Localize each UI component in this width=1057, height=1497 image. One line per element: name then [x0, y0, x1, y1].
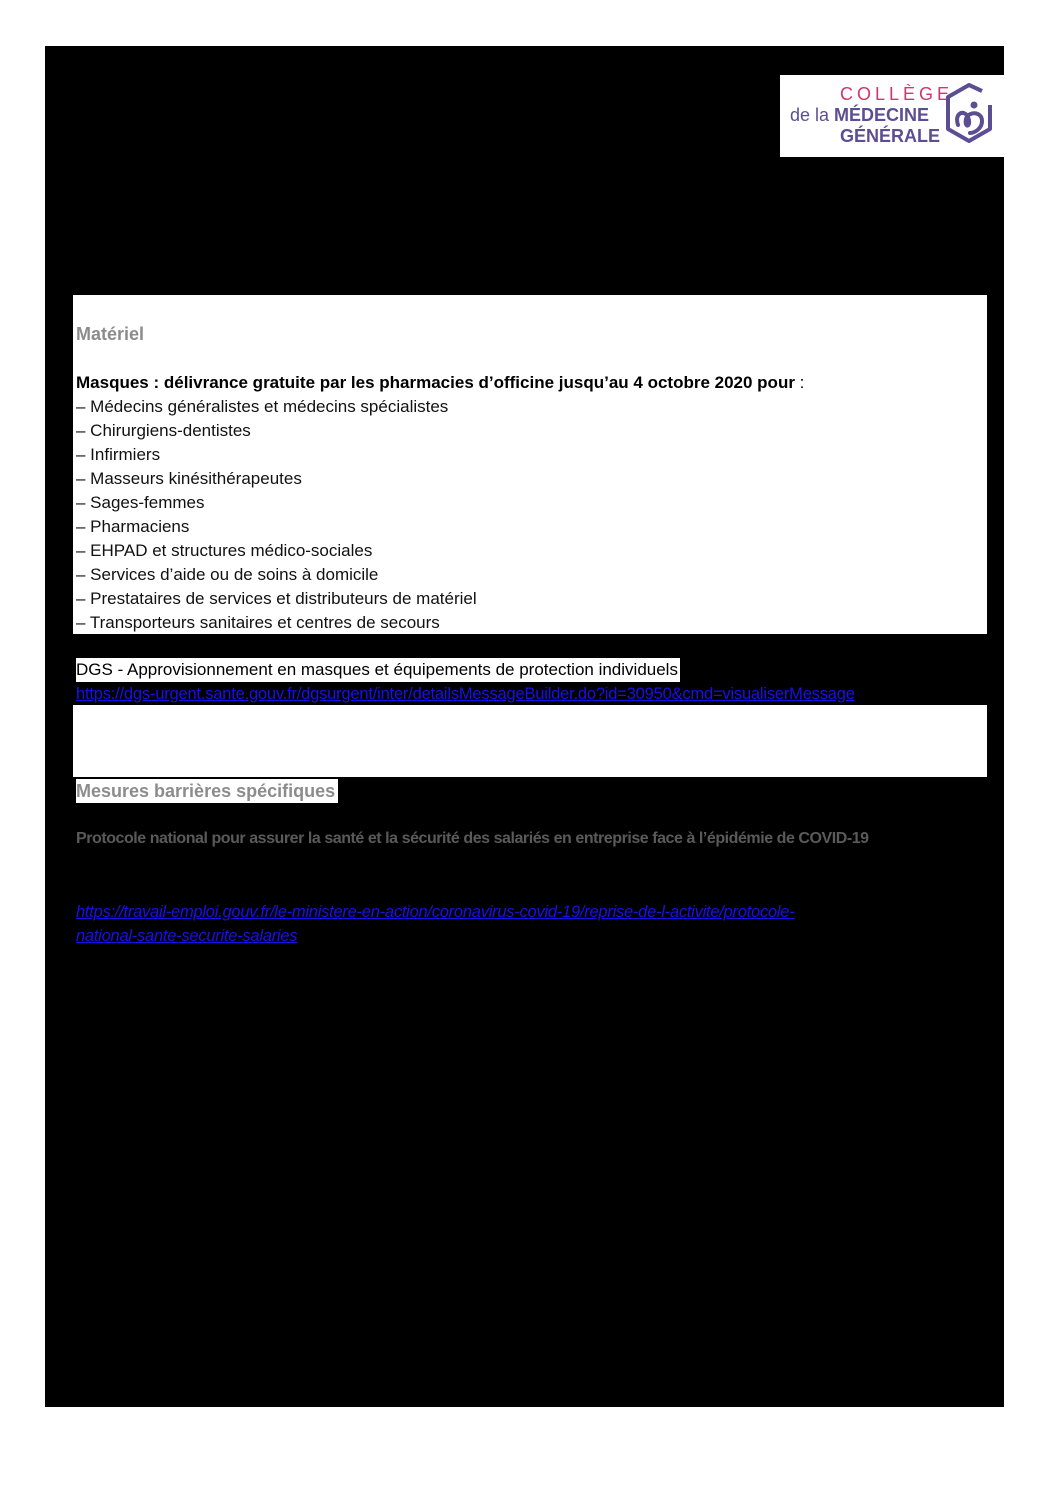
- list-item: – Masseurs kinésithérapeutes: [76, 467, 302, 491]
- dgs-link[interactable]: https://dgs-urgent.sante.gouv.fr/dgsurge…: [76, 682, 855, 706]
- protocole-title: Protocole national pour assurer la santé…: [76, 827, 869, 851]
- list-item: – Transporteurs sanitaires et centres de…: [76, 611, 440, 635]
- logo-line-generale: GÉNÉRALE: [840, 126, 940, 147]
- logo-line-college: COLLÈGE: [840, 84, 953, 105]
- masques-intro: Masques : délivrance gratuite par les ph…: [76, 371, 804, 395]
- protocole-link-line1[interactable]: https://travail-emploi.gouv.fr/le-minist…: [76, 900, 794, 924]
- mesures-heading: Mesures barrières spécifiques: [76, 779, 338, 803]
- list-item: – EHPAD et structures médico-sociales: [76, 539, 372, 563]
- hexagon-heart-icon: [944, 83, 994, 145]
- list-item: – Chirurgiens-dentistes: [76, 419, 251, 443]
- college-medecine-generale-logo: COLLÈGE de la MÉDECINE GÉNÉRALE: [780, 75, 1004, 157]
- spacer-block: [73, 705, 987, 777]
- list-item: – Médecins généralistes et médecins spéc…: [76, 395, 448, 419]
- logo-line-medecine: de la MÉDECINE: [790, 105, 929, 126]
- materiel-heading: Matériel: [76, 322, 144, 346]
- protocole-link-line2[interactable]: national-sante-securite-salaries: [76, 924, 297, 948]
- list-item: – Sages-femmes: [76, 491, 205, 515]
- dgs-title: DGS - Approvisionnement en masques et éq…: [76, 658, 680, 682]
- list-item: – Pharmaciens: [76, 515, 189, 539]
- list-item: – Prestataires de services et distribute…: [76, 587, 477, 611]
- list-item: – Services d’aide ou de soins à domicile: [76, 563, 378, 587]
- list-item: – Infirmiers: [76, 443, 160, 467]
